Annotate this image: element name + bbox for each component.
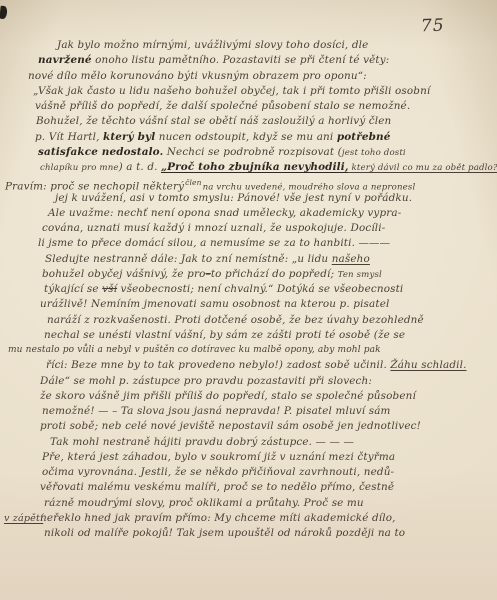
manuscript-line: říci: Beze mne by to tak provedeno nebyl… xyxy=(0,358,491,373)
manuscript-line: týkající se vší všeobecnosti; není chval… xyxy=(0,282,491,297)
manuscript-text: člen xyxy=(185,175,201,190)
manuscript-text: „Proč toho zbujníka nevyhodili, xyxy=(161,161,349,173)
manuscript-text: to přichází do popředí; xyxy=(211,268,338,280)
manuscript-text: vášně příliš do popředí, že další společ… xyxy=(35,100,410,112)
manuscript-line: „Však jak často u lidu našeho bohužel ob… xyxy=(0,84,491,99)
manuscript-text: Bohužel, že těchto vášní stal se obětí n… xyxy=(36,115,391,127)
manuscript-text: Nechci se podrobně rozpisovat ( xyxy=(163,146,342,158)
manuscript-line: cována, uznati musí každý i mnozí uznali… xyxy=(0,221,491,236)
manuscript-text: Ten smysl xyxy=(338,270,382,280)
manuscript-line: chlapíku pro mne) a t. d. „Proč toho zbu… xyxy=(0,160,491,175)
manuscript-text: Ale uvažme: nechť není opona snad umělec… xyxy=(48,207,401,219)
manuscript-text: „Však jak často u lidu našeho bohužel ob… xyxy=(33,85,430,97)
manuscript-text: mu nestalo po vůli a nebyl v puštěn co d… xyxy=(8,345,381,355)
manuscript-line: Bohužel, že těchto vášní stal se obětí n… xyxy=(0,114,491,129)
manuscript-text: potřebné xyxy=(337,131,391,143)
manuscript-line: Pravím: proč se nechopil některýčlenna v… xyxy=(0,175,491,190)
manuscript-text: vší xyxy=(102,283,117,295)
manuscript-line: li jsme to přece domácí silou, a nemusím… xyxy=(0,236,491,251)
manuscript-text: jest toho dosti xyxy=(342,148,406,158)
manuscript-text: který dávil co mu za obět padlo?!“ xyxy=(349,163,497,173)
manuscript-line: satisfakce nedostalo. Nechci se podrobně… xyxy=(0,145,491,160)
manuscript-text: všeobecnosti; není chvalný.“ Dotýká se v… xyxy=(117,283,403,295)
manuscript-line: Pře, která jest záhadou, bylo v soukromí… xyxy=(0,450,491,465)
manuscript-text: chlapíku pro mne xyxy=(40,163,119,173)
manuscript-line: navržené onoho listu pamětního. Pozastav… xyxy=(0,53,491,68)
manuscript-text: nové dílo mělo korunováno býti vkusným o… xyxy=(28,70,367,82)
manuscript-text: rázně moudrými slovy, proč oklikami a pr… xyxy=(44,497,364,509)
manuscript-text: nucen odstoupit, když se mu ani xyxy=(155,131,336,143)
manuscript-text: Tak mohl nestraně hájiti pravdu dobrý zá… xyxy=(50,436,354,448)
manuscript-text: nemožné! — – Ta slova jsou jasná nepravd… xyxy=(42,405,391,417)
manuscript-line: naráží z rozkvašenosti. Proti dotčené os… xyxy=(0,313,491,328)
manuscript-line: Dále“ se mohl p. zástupce pro pravdu poz… xyxy=(0,374,491,389)
manuscript-text: neřeklo hned jak pravím přímo: My chceme… xyxy=(40,512,396,524)
manuscript-line: proti sobě; neb celé nové jeviště nepost… xyxy=(0,419,491,434)
manuscript-text: že skoro vášně jim přišli příliš do popř… xyxy=(40,390,416,402)
page-number: 75 xyxy=(421,16,445,37)
manuscript-text: navržené xyxy=(38,54,92,66)
manuscript-text: naráží z rozkvašenosti. Proti dotčené os… xyxy=(47,314,424,326)
manuscript-text: říci: Beze mne by to tak provedeno nebyl… xyxy=(46,359,390,371)
manuscript-line: Tak mohl nestraně hájiti pravdu dobrý zá… xyxy=(0,435,491,450)
manuscript-text: satisfakce nedostalo. xyxy=(38,146,163,158)
manuscript-text: očima vyrovnána. Jestli, že se někdo při… xyxy=(42,466,394,478)
manuscript-text: onoho listu pamětního. Pozastaviti se př… xyxy=(92,54,390,66)
manuscript-line: věřovati malému veskému malíři, proč se … xyxy=(0,480,491,495)
manuscript-text: urážlivě! Nemíním jmenovati samu osobnos… xyxy=(40,298,389,310)
manuscript-text: li jsme to přece domácí silou, a nemusím… xyxy=(38,237,390,249)
manuscript-line: jej k uvážení, asi v tomto smyslu: Pánov… xyxy=(0,191,491,206)
manuscript-text: proti sobě; neb celé nové jeviště nepost… xyxy=(40,420,421,432)
manuscript-line: vášně příliš do popředí, že další společ… xyxy=(0,99,491,114)
ink-blot xyxy=(0,6,8,20)
manuscript-text: nechal se unésti vlastní vášní, by sám z… xyxy=(44,329,405,341)
margin-note: v zápětí xyxy=(4,511,43,526)
manuscript-text: ) a t. d. xyxy=(119,161,161,173)
manuscript-line: nechal se unésti vlastní vášní, by sám z… xyxy=(0,328,491,343)
manuscript-line: Jak bylo možno mírnými, uvážlivými slovy… xyxy=(0,38,491,53)
manuscript-page: 75 Jak bylo možno mírnými, uvážlivými sl… xyxy=(0,0,497,600)
manuscript-text: Jak bylo možno mírnými, uvážlivými slovy… xyxy=(57,39,368,51)
manuscript-text: bohužel obyčej vášnivý, že pro xyxy=(42,268,206,280)
manuscript-line: p. Vít Hartl, který byl nucen odstoupit,… xyxy=(0,130,491,145)
manuscript-text: který byl xyxy=(103,131,155,143)
manuscript-line: nikoli od malíře pokojů! Tak jsem upoušt… xyxy=(0,526,491,541)
manuscript-line: v zápětíneřeklo hned jak pravím přímo: M… xyxy=(0,511,491,526)
manuscript-line: rázně moudrými slovy, proč oklikami a pr… xyxy=(0,496,491,511)
manuscript-line: nové dílo mělo korunováno býti vkusným o… xyxy=(0,69,491,84)
manuscript-text: Žáhu schladil. xyxy=(390,359,466,371)
manuscript-text: Sledujte nestranně dále: Jak to zní nemí… xyxy=(45,253,332,265)
manuscript-line: Sledujte nestranně dále: Jak to zní nemí… xyxy=(0,252,491,267)
manuscript-line: mu nestalo po vůli a nebyl v puštěn co d… xyxy=(0,343,491,358)
manuscript-text: nikoli od malíře pokojů! Tak jsem upoušt… xyxy=(44,527,405,539)
manuscript-text: p. Vít Hartl, xyxy=(35,131,103,143)
manuscript-line: očima vyrovnána. Jestli, že se někdo při… xyxy=(0,465,491,480)
manuscript-text: jej k uvážení, asi v tomto smyslu: Pánov… xyxy=(55,192,412,204)
manuscript-text: Pře, která jest záhadou, bylo v soukromí… xyxy=(42,451,395,463)
manuscript-line: urážlivě! Nemíním jmenovati samu osobnos… xyxy=(0,297,491,312)
manuscript-line: že skoro vášně jim přišli příliš do popř… xyxy=(0,389,491,404)
manuscript-text: věřovati malému veskému malíři, proč se … xyxy=(40,481,394,493)
manuscript-text: našeho xyxy=(332,253,370,265)
manuscript-text: týkající se xyxy=(44,283,102,295)
manuscript-line: Ale uvažme: nechť není opona snad umělec… xyxy=(0,206,491,221)
manuscript-line: bohužel obyčej vášnivý, že pro–to přichá… xyxy=(0,267,491,282)
manuscript-text: cována, uznati musí každý i mnozí uznali… xyxy=(42,222,385,234)
manuscript-text: Dále“ se mohl p. zástupce pro pravdu poz… xyxy=(40,375,372,387)
manuscript: Jak bylo možno mírnými, uvážlivými slovy… xyxy=(0,38,491,541)
manuscript-line: nemožné! — – Ta slova jsou jasná nepravd… xyxy=(0,404,491,419)
